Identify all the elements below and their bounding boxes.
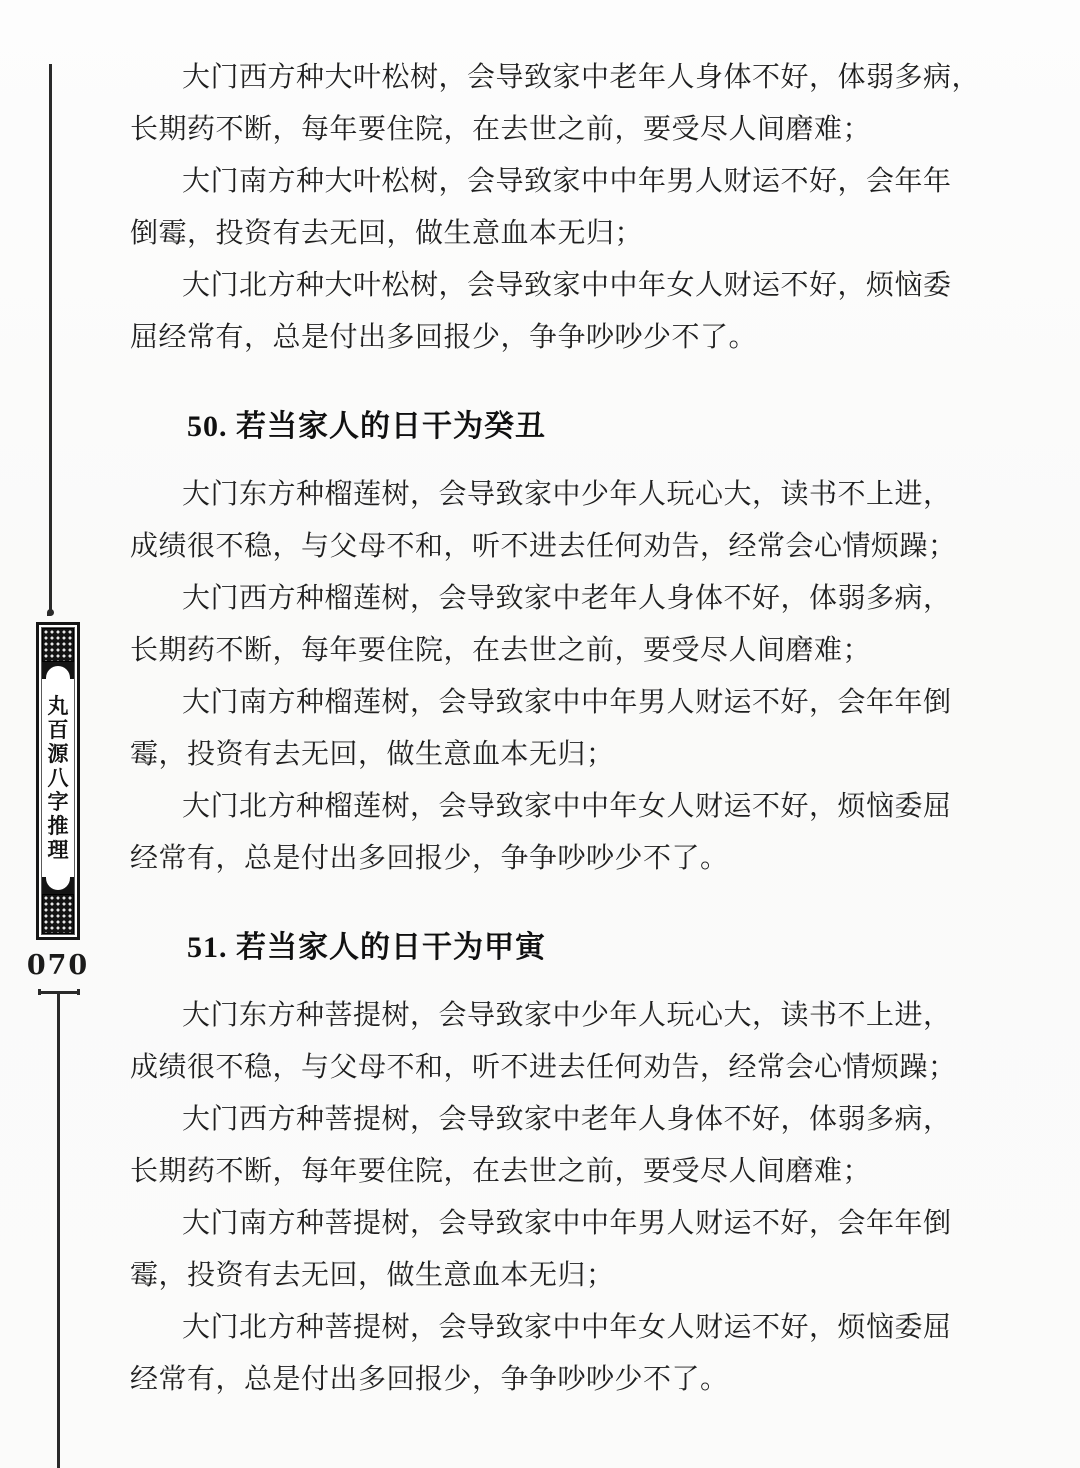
text-line: 成绩很不稳，与父母不和，听不进去任何劝告，经常会心情烦躁；: [130, 521, 990, 573]
text-line: 大门东方种菩提树，会导致家中少年人玩心大，读书不上进，: [130, 990, 990, 1042]
paragraph: 大门北方种菩提树，会导致家中中年女人财运不好，烦恼委屈经常有，总是付出多回报少，…: [130, 1302, 990, 1406]
spine-character: 字: [48, 791, 69, 814]
text-line: 大门南方种大叶松树，会导致家中中年男人财运不好，会年年: [130, 156, 990, 208]
paragraph: 大门南方种大叶松树，会导致家中中年男人财运不好，会年年倒霉，投资有去无回，做生意…: [130, 156, 990, 260]
text-line: 霉，投资有去无回，做生意血本无归；: [130, 729, 990, 781]
spine-character: 源: [48, 743, 69, 766]
margin-rule-top: [49, 64, 52, 610]
text-line: 大门西方种大叶松树，会导致家中老年人身体不好，体弱多病，: [130, 52, 990, 104]
text-line: 长期药不断，每年要住院，在去世之前，要受尽人间磨难；: [130, 104, 990, 156]
book-page: 丸百源八字推理 070 大门西方种大叶松树，会导致家中老年人身体不好，体弱多病，…: [0, 0, 1080, 1468]
book-spine: 丸百源八字推理: [36, 622, 80, 940]
page-content: 大门西方种大叶松树，会导致家中老年人身体不好，体弱多病，长期药不断，每年要住院，…: [130, 52, 990, 1406]
text-line: 大门南方种榴莲树，会导致家中中年男人财运不好，会年年倒: [130, 677, 990, 729]
text-line: 大门西方种菩提树，会导致家中老年人身体不好，体弱多病，: [130, 1094, 990, 1146]
text-line: 大门北方种榴莲树，会导致家中中年女人财运不好，烦恼委屈: [130, 781, 990, 833]
text-line: 大门南方种菩提树，会导致家中中年男人财运不好，会年年倒: [130, 1198, 990, 1250]
paragraph: 大门南方种榴莲树，会导致家中中年男人财运不好，会年年倒霉，投资有去无回，做生意血…: [130, 677, 990, 781]
section-intro: 大门西方种大叶松树，会导致家中老年人身体不好，体弱多病，长期药不断，每年要住院，…: [130, 52, 990, 364]
spine-arch-ornament-top-icon: [42, 662, 74, 679]
spine-knot-ornament-bottom-icon: [42, 894, 74, 934]
text-line: 大门北方种菩提树，会导致家中中年女人财运不好，烦恼委屈: [130, 1302, 990, 1354]
paragraph: 大门西方种大叶松树，会导致家中老年人身体不好，体弱多病，长期药不断，每年要住院，…: [130, 52, 990, 156]
text-line: 霉，投资有去无回，做生意血本无归；: [130, 1250, 990, 1302]
spine-character: 百: [48, 719, 69, 742]
text-line: 倒霉，投资有去无回，做生意血本无归；: [130, 208, 990, 260]
page-number: 070: [22, 950, 94, 981]
paragraph: 大门北方种大叶松树，会导致家中中年女人财运不好，烦恼委屈经常有，总是付出多回报少…: [130, 260, 990, 364]
section-50: 50. 若当家人的日干为癸丑大门东方种榴莲树，会导致家中少年人玩心大，读书不上进…: [130, 404, 990, 885]
text-line: 大门西方种榴莲树，会导致家中老年人身体不好，体弱多病，: [130, 573, 990, 625]
paragraph: 大门西方种菩提树，会导致家中老年人身体不好，体弱多病，长期药不断，每年要住院，在…: [130, 1094, 990, 1198]
spine-arch-ornament-bottom-icon: [42, 877, 74, 894]
text-line: 大门北方种大叶松树，会导致家中中年女人财运不好，烦恼委: [130, 260, 990, 312]
text-line: 长期药不断，每年要住院，在去世之前，要受尽人间磨难；: [130, 625, 990, 677]
paragraph: 大门北方种榴莲树，会导致家中中年女人财运不好，烦恼委屈经常有，总是付出多回报少，…: [130, 781, 990, 885]
spine-title: 丸百源八字推理: [39, 679, 77, 877]
text-line: 经常有，总是付出多回报少，争争吵吵少不了。: [130, 1354, 990, 1406]
text-line: 成绩很不稳，与父母不和，听不进去任何劝告，经常会心情烦躁；: [130, 1042, 990, 1094]
spine-character: 丸: [48, 695, 69, 718]
spine-character: 理: [48, 839, 69, 862]
paragraph: 大门东方种菩提树，会导致家中少年人玩心大，读书不上进，成绩很不稳，与父母不和，听…: [130, 990, 990, 1094]
section-heading: 51. 若当家人的日干为甲寅: [187, 925, 990, 971]
section-heading: 50. 若当家人的日干为癸丑: [187, 404, 990, 450]
spine-knot-ornament-top-icon: [42, 628, 74, 662]
margin-rule-bottom: [57, 993, 60, 1468]
section-51: 51. 若当家人的日干为甲寅大门东方种菩提树，会导致家中少年人玩心大，读书不上进…: [130, 925, 990, 1406]
spine-character: 八: [48, 767, 69, 790]
text-line: 长期药不断，每年要住院，在去世之前，要受尽人间磨难；: [130, 1146, 990, 1198]
paragraph: 大门东方种榴莲树，会导致家中少年人玩心大，读书不上进，成绩很不稳，与父母不和，听…: [130, 469, 990, 573]
paragraph: 大门南方种菩提树，会导致家中中年男人财运不好，会年年倒霉，投资有去无回，做生意血…: [130, 1198, 990, 1302]
text-line: 经常有，总是付出多回报少，争争吵吵少不了。: [130, 833, 990, 885]
spine-character: 推: [48, 815, 69, 838]
paragraph: 大门西方种榴莲树，会导致家中老年人身体不好，体弱多病，长期药不断，每年要住院，在…: [130, 573, 990, 677]
text-line: 屈经常有，总是付出多回报少，争争吵吵少不了。: [130, 312, 990, 364]
text-line: 大门东方种榴莲树，会导致家中少年人玩心大，读书不上进，: [130, 469, 990, 521]
